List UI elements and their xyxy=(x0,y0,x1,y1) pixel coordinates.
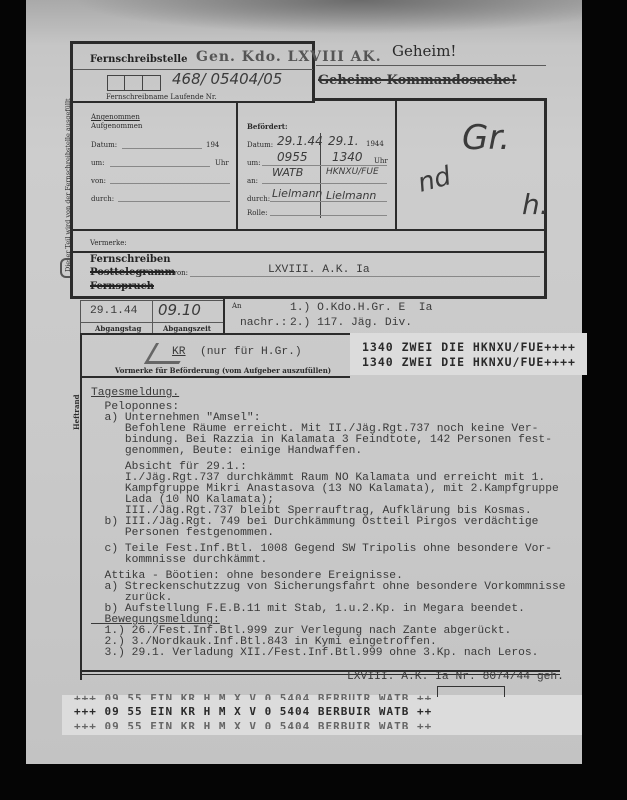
body-text: Peloponnes: a) Unternehmen "Amsel": Befo… xyxy=(91,402,566,659)
reference-number: LXVIII. A.K. Ia Nr. 8074/44 geh. xyxy=(347,672,564,683)
forwarded-to-1: WATB xyxy=(272,166,303,179)
recipient-2: 2.) 117. Jäg. Div. xyxy=(290,318,412,329)
recipient-1: 1.) O.Kdo.H.Gr. E Ia xyxy=(290,303,432,314)
dispatch-time: 09.10 xyxy=(158,301,201,319)
forwarded-by-label: durch: xyxy=(247,195,270,203)
forwarded-by-2: Lielmann xyxy=(326,189,376,202)
teleprint-bottom-line-3: +++ 09 55 EIN KR H M X V 0 5404 BERBUIR … xyxy=(74,720,432,729)
type-phone: Fernspruch xyxy=(90,281,154,292)
received-date-suffix: 194 xyxy=(206,141,219,149)
forwarded-to-2: HKNXU/FUE xyxy=(326,167,379,177)
body-line: genommen, Beute: einige Handwaffen. xyxy=(91,446,566,457)
type-teletype: Fernschreiben xyxy=(90,254,171,265)
priority-value: KR xyxy=(172,347,186,358)
received-by-label: durch: xyxy=(91,195,114,203)
body-line: 3.) 29.1. Verladung XII./Fest.Inf.Btl.99… xyxy=(91,648,566,659)
dispatch-time-label: Abgangszeit xyxy=(163,324,211,333)
teleprint-top-line-1: 1340 ZWEI DIE HKNXU/FUE++++ xyxy=(362,340,576,354)
forwarded-by-1: Lielmann xyxy=(272,187,322,200)
teleprint-tape-top: 1340 ZWEI DIE HKNXU/FUE++++ 1340 ZWEI DI… xyxy=(350,333,587,375)
remarks-label: Vermerke: xyxy=(90,239,127,247)
teleprint-top-line-2: 1340 ZWEI DIE HKNXU/FUE++++ xyxy=(362,355,576,369)
name-label: Fernschreibname Laufende Nr. xyxy=(106,93,217,101)
forwarded-to-label: an: xyxy=(247,177,258,185)
forwarded-time-suffix: Uhr xyxy=(374,157,388,165)
forwarded-time-2: 1340 xyxy=(332,150,363,164)
forwarded-time-1: 0955 xyxy=(277,150,308,164)
name-boxes xyxy=(107,75,161,91)
received-title-1: Angenommen xyxy=(91,113,140,121)
received-title-2: Aufgenommen xyxy=(91,122,142,130)
dispatch-day: 29.1.44 xyxy=(90,306,137,317)
serial-number: 468/ 05404/05 xyxy=(172,70,282,88)
classification: Geheim! xyxy=(392,42,456,60)
received-date-label: Datum: xyxy=(91,141,117,149)
initials-h: h. xyxy=(522,188,549,221)
forwarded-role-label: Rolle: xyxy=(247,209,267,217)
initials-gr: Gr. xyxy=(462,118,510,158)
teleprint-bottom-line-2: +++ 09 55 EIN KR H M X V 0 5404 BERBUIR … xyxy=(74,705,432,718)
forwarded-date-1: 29.1.44 xyxy=(277,134,323,148)
forwarded-date-label: Datum: xyxy=(247,141,273,149)
from-value: LXVIII. A.K. Ia xyxy=(268,265,370,276)
type-telegram: Posttelegramm xyxy=(90,267,175,278)
station-label: Fernschreibstelle xyxy=(90,54,187,65)
forwarded-time-label: um: xyxy=(247,159,261,167)
teleprint-bottom-line-1: +++ 09 55 EIN KR H M X V 0 5404 BERBUIR … xyxy=(74,692,432,700)
body-line: Personen festgenommen. xyxy=(91,528,566,539)
cc-label: nachr.: xyxy=(240,318,287,329)
forwarded-date-suffix: 1944 xyxy=(366,140,384,148)
station-value: Gen. Kdo. LXVIII AK. xyxy=(196,49,382,65)
from-label: von: xyxy=(173,269,188,277)
received-time-suffix: Uhr xyxy=(215,159,229,167)
teleprint-tape-bottom: +++ 09 55 EIN KR H M X V 0 5404 BERBUIR … xyxy=(62,695,582,735)
forwarded-date-2: 29.1. xyxy=(328,134,359,148)
body-line: kommnisse durchkämmt. xyxy=(91,555,566,566)
classification-struck: Geheime Kommandosache! xyxy=(318,73,517,88)
recipient-to-label: An xyxy=(232,302,242,310)
dispatch-day-label: Abgangstag xyxy=(95,324,141,333)
bracket-boxes xyxy=(437,686,505,697)
page-shadow xyxy=(26,0,582,40)
body-heading: Tagesmeldung. xyxy=(91,388,179,399)
received-from-label: von: xyxy=(91,177,106,185)
priority-label: Vormerke für Beförderung (vom Aufgeber a… xyxy=(115,366,331,375)
forwarded-title: Befördert: xyxy=(247,122,288,131)
received-time-label: um: xyxy=(91,159,105,167)
priority-note: (nur für H.Gr.) xyxy=(200,347,302,358)
